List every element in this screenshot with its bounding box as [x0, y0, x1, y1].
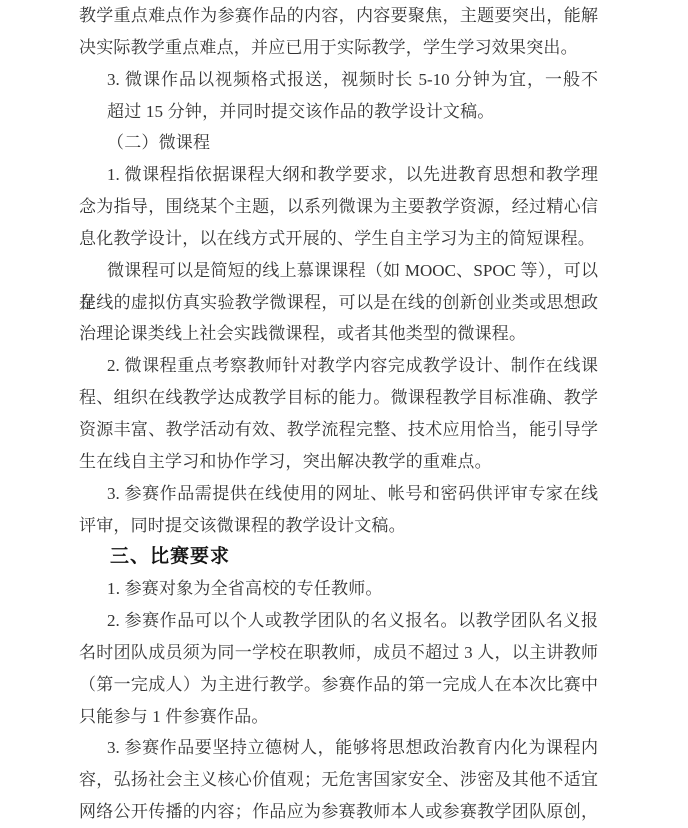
- doc-text-line: 3. 参赛作品要坚持立德树人，能够将思想政治教育内化为课程内: [79, 732, 598, 764]
- doc-text-line: 治理论课类线上社会实践微课程，或者其他类型的微课程。: [79, 318, 598, 350]
- doc-text-line: 名时团队成员须为同一学校在职教师，成员不超过 3 人，以主讲教师: [79, 637, 598, 669]
- doc-text-line: 3. 微课作品以视频格式报送，视频时长 5-10 分钟为宜，一般不: [79, 64, 598, 96]
- doc-text-line: 资源丰富、教学活动有效、教学流程完整、技术应用恰当，能引导学: [79, 414, 598, 446]
- doc-text-line: 容，弘扬社会主义核心价值观；无危害国家安全、涉密及其他不适宜: [79, 764, 598, 796]
- doc-text-line: 念为指导，围绕某个主题，以系列微课为主要教学资源，经过精心信: [79, 191, 598, 223]
- doc-text-line: 生在线自主学习和协作学习，突出解决教学的重难点。: [79, 446, 598, 478]
- doc-text-line: 微课程可以是简短的线上慕课课程（如 MOOC、SPOC 等），可以是: [79, 255, 598, 287]
- doc-text-line: 教学重点难点作为参赛作品的内容，内容要聚焦，主题要突出，能解: [79, 0, 598, 32]
- doc-text-line: （二）微课程: [79, 127, 598, 159]
- doc-text-line: （第一完成人）为主进行教学。参赛作品的第一完成人在本次比赛中: [79, 669, 598, 701]
- doc-text-line: 程、组织在线教学达成教学目标的能力。微课程教学目标准确、教学: [79, 382, 598, 414]
- doc-text-line: 1. 参赛对象为全省高校的专任教师。: [79, 573, 598, 605]
- doc-text-line: 评审，同时提交该微课程的教学设计文稿。: [79, 510, 598, 542]
- doc-text-line: 只能参与 1 件参赛作品。: [79, 701, 598, 733]
- doc-text-line: 决实际教学重点难点，并应已用于实际教学，学生学习效果突出。: [79, 32, 598, 64]
- doc-text-line: 在线的虚拟仿真实验教学微课程，可以是在线的创新创业类或思想政: [79, 287, 598, 319]
- doc-text-line: 网络公开传播的内容；作品应为参赛教师本人或参赛教学团队原创，: [79, 796, 598, 828]
- doc-text-line: 超过 15 分钟，并同时提交该作品的教学设计文稿。: [79, 96, 598, 128]
- section-heading: 三、比赛要求: [79, 541, 598, 573]
- doc-text-line: 息化教学设计，以在线方式开展的、学生自主学习为主的简短课程。: [79, 223, 598, 255]
- doc-text-line: 1. 微课程指依据课程大纲和教学要求，以先进教育思想和教学理: [79, 159, 598, 191]
- document-page: 教学重点难点作为参赛作品的内容，内容要聚焦，主题要突出，能解决实际教学重点难点，…: [79, 0, 598, 828]
- doc-text-line: 2. 参赛作品可以个人或教学团队的名义报名。以教学团队名义报: [79, 605, 598, 637]
- doc-text-line: 3. 参赛作品需提供在线使用的网址、帐号和密码供评审专家在线: [79, 478, 598, 510]
- doc-text-line: 2. 微课程重点考察教师针对教学内容完成教学设计、制作在线课: [79, 350, 598, 382]
